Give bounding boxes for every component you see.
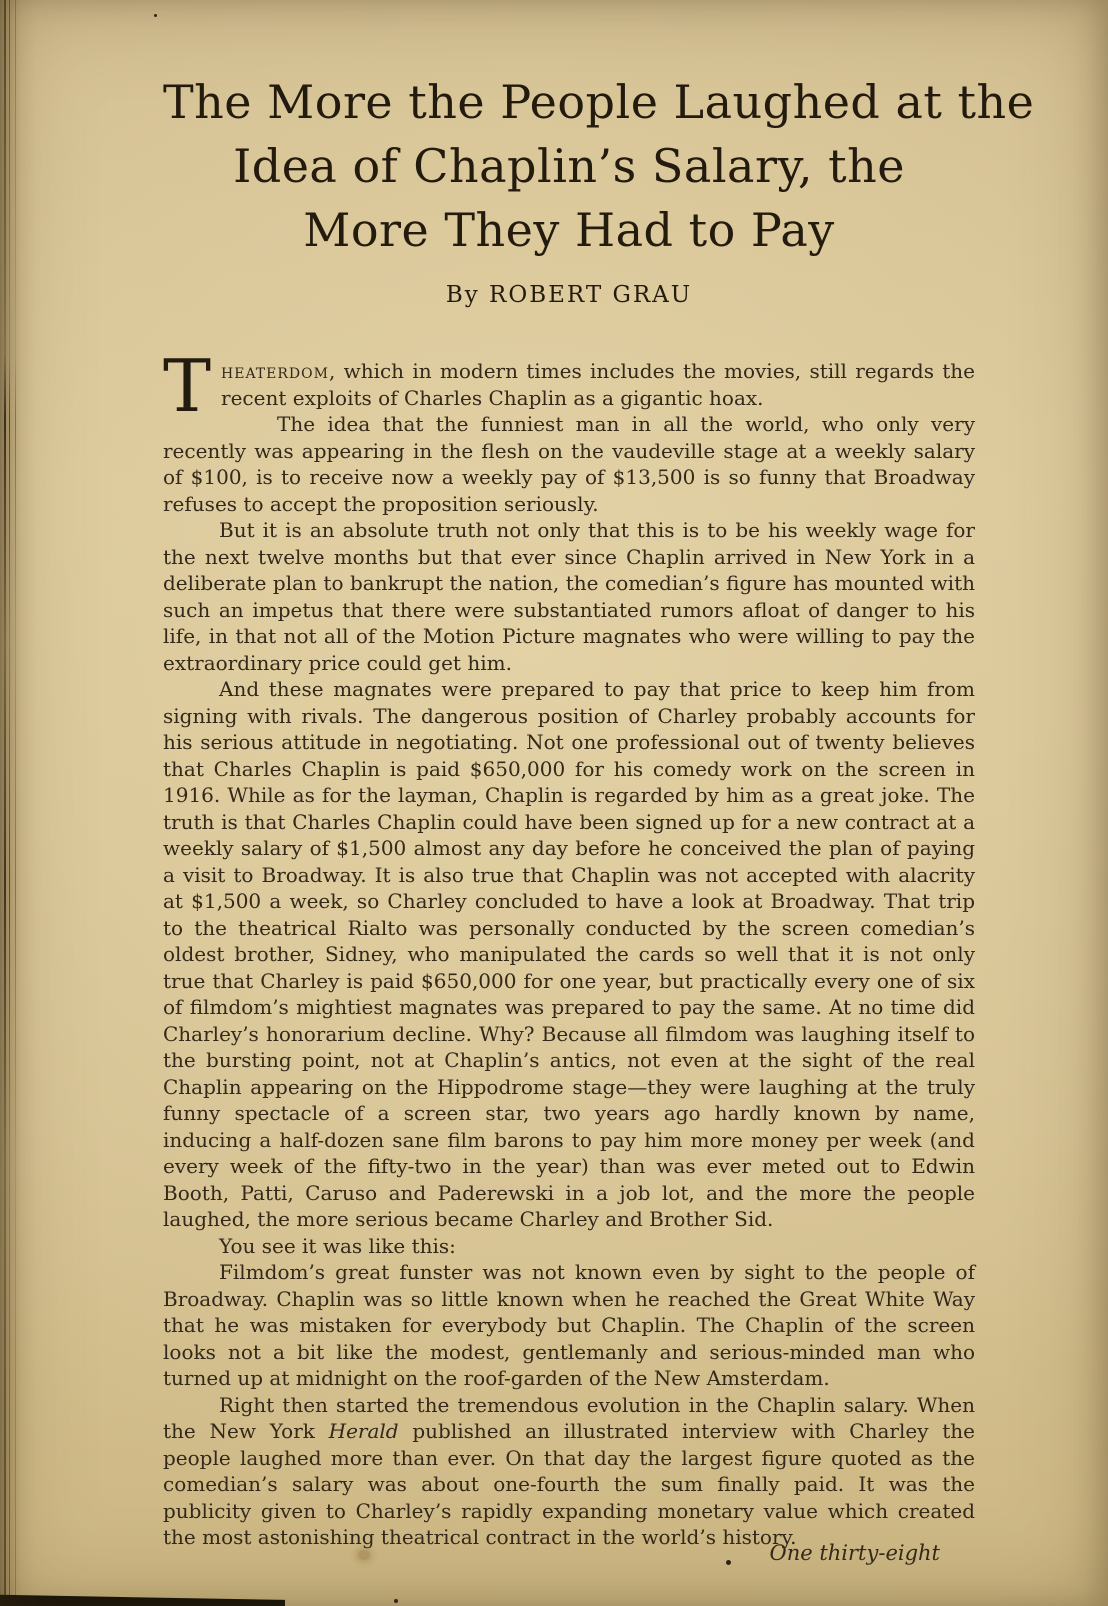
- scan-edge-artifact: [0, 1590, 285, 1606]
- byline: By ROBERT GRAU: [163, 282, 975, 308]
- text-run: , which in modern times includes the mov…: [221, 359, 975, 410]
- title-line-3: More They Had to Pay: [163, 198, 975, 262]
- binding-crease: [4, 0, 6, 1606]
- magazine-page: The More the People Laughed at the Idea …: [0, 0, 1108, 1606]
- paragraph: Theaterdom, which in modern times includ…: [163, 358, 975, 411]
- drop-cap: T: [163, 358, 221, 413]
- paragraph: And these magnates were prepared to pay …: [163, 676, 975, 1233]
- text-run: heaterdom: [221, 359, 329, 383]
- paragraph: Filmdom’s great funster was not known ev…: [163, 1259, 975, 1392]
- paragraph: You see it was like this:: [163, 1233, 975, 1260]
- title-line-2: Idea of Chaplin’s Salary, the: [163, 134, 975, 198]
- article-body: Theaterdom, which in modern times includ…: [163, 358, 975, 1551]
- text-run: You see it was like this:: [219, 1234, 456, 1258]
- text-run: Filmdom’s great funster was not known ev…: [163, 1260, 975, 1390]
- paper-speck: [154, 14, 157, 17]
- title-line-1: The More the People Laughed at the: [163, 70, 975, 134]
- text-run: The idea that the funniest man in all th…: [163, 412, 975, 516]
- paragraph: Right then started the tremendous evolut…: [163, 1392, 975, 1551]
- page-binding-shadow: [0, 0, 36, 1606]
- paper-speck: [394, 1599, 398, 1603]
- binding-crease: [15, 0, 16, 1606]
- paper-speck: [726, 1560, 731, 1565]
- paper-stain: [358, 1550, 370, 1560]
- text-run: Herald: [329, 1419, 399, 1443]
- article-title: The More the People Laughed at the Idea …: [163, 70, 975, 262]
- binding-crease: [9, 0, 10, 1606]
- paragraph: The idea that the funniest man in all th…: [163, 411, 975, 517]
- paragraph: But it is an absolute truth not only tha…: [163, 517, 975, 676]
- text-run: But it is an absolute truth not only tha…: [163, 518, 975, 675]
- page-number: One thirty-eight: [769, 1541, 940, 1565]
- text-run: And these magnates were prepared to pay …: [163, 677, 975, 1231]
- page-content: The More the People Laughed at the Idea …: [163, 70, 975, 1551]
